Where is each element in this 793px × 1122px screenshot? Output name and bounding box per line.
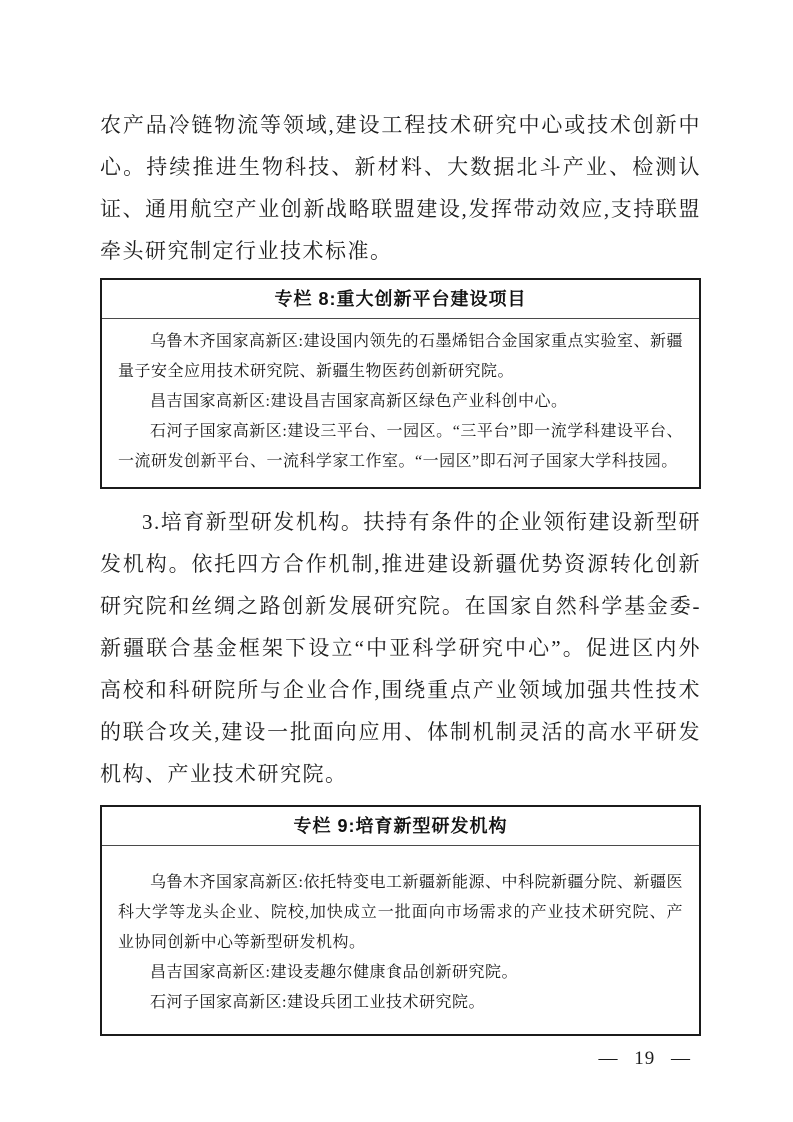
column-box-8-body: 乌鲁木齐国家高新区:建设国内领先的石墨烯铝合金国家重点实验室、新疆量子安全应用技… [102,319,699,487]
body-paragraph-2: 3.培育新型研发机构。扶持有条件的企业领衔建设新型研发机构。依托四方合作机制,推… [100,501,701,795]
column-box-9-body: 乌鲁木齐国家高新区:依托特变电工新疆新能源、中科院新疆分院、新疆医科大学等龙头企… [102,846,699,1034]
column-box-9-paragraph-3: 石河子国家高新区:建设兵团工业技术研究院。 [118,988,683,1018]
column-box-8-paragraph-2: 昌吉国家高新区:建设昌吉国家高新区绿色产业科创中心。 [118,387,683,417]
column-box-8: 专栏 8:重大创新平台建设项目 乌鲁木齐国家高新区:建设国内领先的石墨烯铝合金国… [100,278,701,489]
column-box-9-title: 专栏 9:培育新型研发机构 [102,807,699,845]
column-box-9-paragraph-2: 昌吉国家高新区:建设麦趣尔健康食品创新研究院。 [118,958,683,988]
column-box-8-header: 专栏 8:重大创新平台建设项目 [102,280,699,319]
body-paragraph-1: 农产品冷链物流等领域,建设工程技术研究中心或技术创新中心。持续推进生物科技、新材… [100,104,701,272]
column-box-8-title: 专栏 8:重大创新平台建设项目 [102,280,699,318]
column-box-9: 专栏 9:培育新型研发机构 乌鲁木齐国家高新区:依托特变电工新疆新能源、中科院新… [100,805,701,1036]
column-box-9-paragraph-1: 乌鲁木齐国家高新区:依托特变电工新疆新能源、中科院新疆分院、新疆医科大学等龙头企… [118,868,683,958]
document-page: 农产品冷链物流等领域,建设工程技术研究中心或技术创新中心。持续推进生物科技、新材… [0,0,793,1122]
page-number: — 19 — [100,1048,701,1070]
column-box-8-paragraph-3: 石河子国家高新区:建设三平台、一园区。“三平台”即一流学科建设平台、一流研发创新… [118,417,683,477]
column-box-8-paragraph-1: 乌鲁木齐国家高新区:建设国内领先的石墨烯铝合金国家重点实验室、新疆量子安全应用技… [118,327,683,387]
column-box-9-header: 专栏 9:培育新型研发机构 [102,807,699,846]
